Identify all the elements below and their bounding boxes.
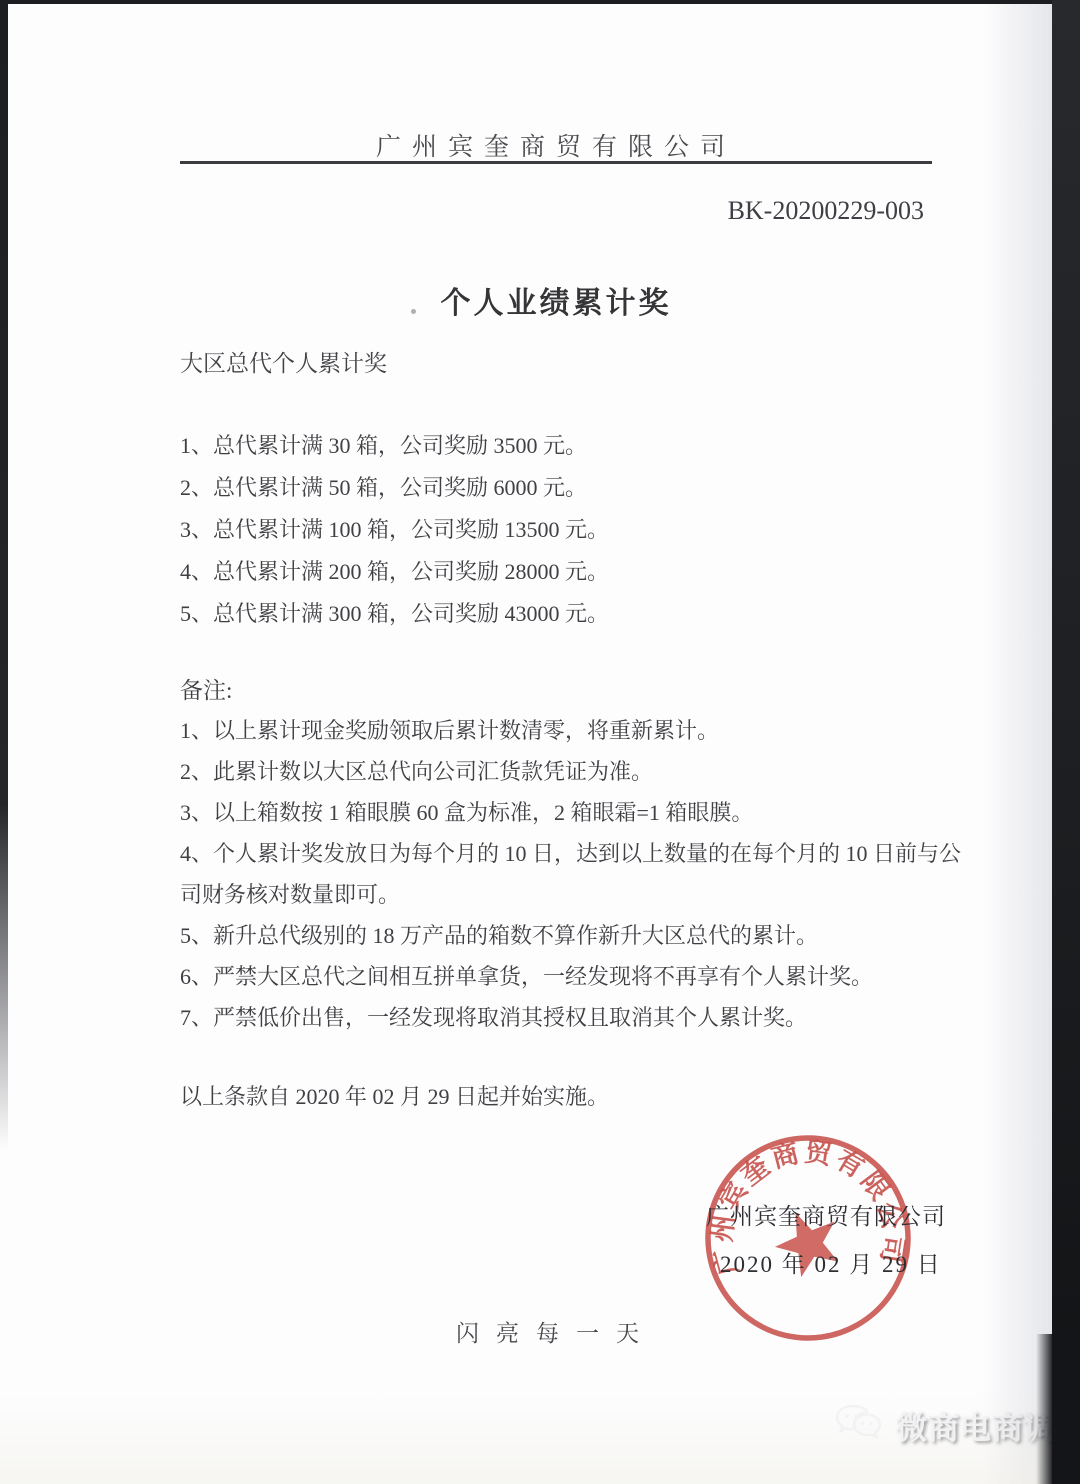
note-item: 7、严禁低价出售，一经发现将取消其授权且取消其个人累计奖。 — [180, 997, 962, 1038]
note-item: 3、以上箱数按 1 箱眼膜 60 盒为标准，2 箱眼霜=1 箱眼膜。 — [180, 792, 962, 833]
paper-bottom-shade — [0, 1394, 1080, 1484]
note-item: 1、以上累计现金奖励领取后累计数清零，将重新累计。 — [180, 710, 962, 751]
header-rule — [180, 161, 932, 164]
scan-edge-right — [1052, 0, 1080, 1484]
scan-edge-top — [0, 0, 1080, 4]
scan-edge-left — [0, 0, 8, 1150]
notes-list: 1、以上累计现金奖励领取后累计数清零，将重新累计。 2、此累计数以大区总代向公司… — [180, 710, 962, 1038]
section-heading: 大区总代个人累计奖 — [180, 345, 932, 378]
note-item: 2、此累计数以大区总代向公司汇货款凭证为准。 — [180, 751, 962, 792]
note-item: 6、严禁大区总代之间相互拼单拿货，一经发现将不再享有个人累计奖。 — [180, 956, 962, 997]
reward-item: 2、总代累计满 50 箱，公司奖励 6000 元。 — [180, 467, 970, 509]
scanned-document-page: 广州宾奎商贸有限公司 BK-20200229-003 个人业绩累计奖 大区总代个… — [0, 0, 1080, 1484]
reward-item: 4、总代累计满 200 箱，公司奖励 28000 元。 — [180, 551, 970, 593]
scan-edge-corner — [1036, 1334, 1080, 1484]
signature-company: 广州宾奎商贸有限公司 — [706, 1198, 946, 1231]
reward-item: 3、总代累计满 100 箱，公司奖励 13500 元。 — [180, 509, 970, 551]
doc-title: 个人业绩累计奖 — [180, 278, 932, 322]
doc-number: BK-20200229-003 — [180, 196, 932, 226]
reward-item: 5、总代累计满 300 箱，公司奖励 43000 元。 — [180, 593, 970, 635]
footer-slogan: 闪亮每一天 — [180, 1315, 932, 1348]
signature-date: 2020 年 02 月 29 日 — [720, 1246, 946, 1279]
signature-block: 广州宾奎商贸有限公司 2020 年 02 月 29 日 — [706, 1198, 946, 1279]
paper-edge-shadow — [982, 0, 1052, 1484]
scan-speck-artifact — [411, 309, 416, 314]
effective-date-line: 以上条款自 2020 年 02 月 29 日起并始实施。 — [180, 1080, 932, 1111]
note-item: 4、个人累计奖发放日为每个月的 10 日，达到以上数量的在每个月的 10 日前与… — [180, 833, 962, 915]
note-item: 5、新升总代级别的 18 万产品的箱数不算作新升大区总代的累计。 — [180, 915, 962, 956]
reward-item: 1、总代累计满 30 箱，公司奖励 3500 元。 — [180, 425, 970, 467]
company-name-header: 广州宾奎商贸有限公司 — [180, 127, 932, 163]
notes-label: 备注: — [180, 672, 932, 705]
reward-list: 1、总代累计满 30 箱，公司奖励 3500 元。 2、总代累计满 50 箱，公… — [180, 425, 970, 635]
